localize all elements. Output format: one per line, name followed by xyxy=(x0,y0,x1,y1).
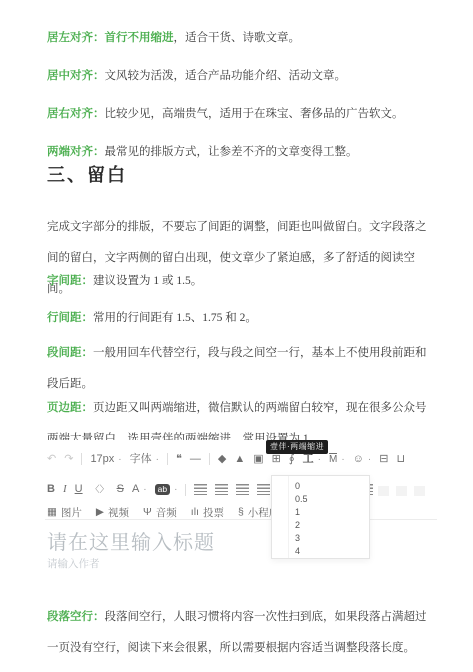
toolbar-divider xyxy=(209,453,210,465)
bold-button[interactable]: B xyxy=(47,484,55,495)
term-align-center: 居中对齐：文风较为活泼，适合产品功能介绍、活动文章。 xyxy=(47,69,435,84)
chevron-down-icon: · xyxy=(341,454,344,465)
article-page: 居左对齐：首行不用缩进，适合干货、诗歌文章。 居中对齐：文风较为活泼，适合产品功… xyxy=(0,0,473,672)
term-text: 比较少见，高端贵气，适用于在珠宝、奢侈品的广告软文。 xyxy=(105,108,404,120)
editor-screenshot: ↶ ↷ 17px · 字体 · ❝ — ◆ ▲ ▣ ⊞ ∮ 工 · M · ☺ … xyxy=(0,440,473,592)
term-align-right: 居右对齐：比较少见，高端贵气，适用于在珠宝、奢侈品的广告软文。 xyxy=(47,107,435,122)
insert-image-button[interactable]: ▦图片 xyxy=(47,505,82,520)
microphone-icon: Ψ xyxy=(143,507,152,518)
intro-paragraph: 完成文字部分的排版，不要忘了间距的调整，间距也叫做留白。文字段落之间的留白，文字… xyxy=(47,212,435,305)
archive-icon[interactable]: ⊔ xyxy=(396,454,405,465)
underline-button[interactable]: U xyxy=(75,484,83,495)
author-input[interactable]: 请输入作者 xyxy=(47,556,100,571)
export-icon[interactable]: ⊟ xyxy=(379,454,388,465)
insert-video-button[interactable]: ▶视频 xyxy=(96,505,129,520)
term-label: 字间距： xyxy=(47,275,93,287)
editor-toolbar-row-format: ↶ ↷ 17px · 字体 · ❝ — ◆ ▲ ▣ ⊞ ∮ 工 · M · ☺ … xyxy=(47,453,405,465)
align-center-icon[interactable] xyxy=(236,484,249,495)
blockquote-icon[interactable]: ❝ xyxy=(176,454,182,465)
chevron-down-icon: · xyxy=(174,484,177,495)
insert-label: 视频 xyxy=(108,505,129,520)
line-height-icon[interactable]: M xyxy=(329,453,337,465)
term-label: 居右对齐： xyxy=(47,108,105,120)
faded-icon xyxy=(378,486,389,496)
image-icon: ▦ xyxy=(47,507,57,518)
toolbar-divider xyxy=(185,484,186,496)
term-text: 最常见的排版方式，让参差不齐的文章变得工整。 xyxy=(105,146,358,158)
term-text: 段落间空行，人眼习惯将内容一次性扫到底，如果段落占满超过一页没有空行，阅读下来会… xyxy=(47,611,427,654)
highlight-color-button[interactable]: ab xyxy=(155,484,170,495)
chevron-down-icon: · xyxy=(143,484,146,495)
faded-toolbar-icons xyxy=(378,486,425,496)
dropdown-option[interactable]: 4 xyxy=(272,545,369,558)
term-text: ，适合干货、诗歌文章。 xyxy=(174,32,301,44)
two-end-indent-icon[interactable]: 工 xyxy=(303,454,314,465)
table-icon[interactable]: ⊞ xyxy=(272,454,281,465)
align-left-icon[interactable] xyxy=(215,484,228,495)
redo-icon[interactable]: ↷ xyxy=(64,454,73,465)
term-text: 常用的行间距有 1.5、1.75 和 2。 xyxy=(93,312,257,324)
card-insert-icon[interactable]: ▣ xyxy=(253,454,263,465)
title-input[interactable]: 请在这里输入标题 xyxy=(47,526,215,555)
format-paint-icon[interactable]: ▲ xyxy=(234,454,245,465)
font-family-select[interactable]: 字体 xyxy=(130,454,152,465)
dropdown-option[interactable]: 1 xyxy=(272,506,369,519)
toolbar-bottom-divider xyxy=(45,519,437,520)
insert-label: 音频 xyxy=(156,505,177,520)
link-icon[interactable]: ∮ xyxy=(289,454,295,465)
term-justify: 两端对齐：最常见的排版方式，让参差不齐的文章变得工整。 xyxy=(47,145,435,160)
dropdown-option[interactable]: 3 xyxy=(272,532,369,545)
faded-icon xyxy=(396,486,407,496)
term-label: 段间距： xyxy=(47,347,93,359)
term-text: 一般用回车代替空行，段与段之间空一行，基本上不使用段前距和段后距。 xyxy=(47,347,427,390)
faded-icon xyxy=(414,486,425,496)
insert-audio-button[interactable]: Ψ音频 xyxy=(143,505,177,520)
term-letter-spacing: 字间距：建议设置为 1 或 1.5。 xyxy=(47,274,435,289)
term-label: 居中对齐： xyxy=(47,70,105,82)
font-color-button[interactable]: A xyxy=(132,484,139,495)
chevron-down-icon: · xyxy=(368,454,371,465)
toolbar-divider xyxy=(81,453,82,465)
format-clear-icon[interactable]: ◆ xyxy=(218,454,226,465)
term-align-left: 居左对齐：首行不用缩进，适合干货、诗歌文章。 xyxy=(47,31,435,46)
emoji-icon[interactable]: ☺ xyxy=(353,454,364,465)
term-text: 文风较为活泼，适合产品功能介绍、活动文章。 xyxy=(105,70,347,82)
term-label: 两端对齐： xyxy=(47,146,105,158)
insert-label: 图片 xyxy=(61,505,82,520)
section-heading: 三、留白 xyxy=(47,161,127,187)
code-button[interactable]: 〈〉 xyxy=(91,485,109,494)
insert-poll-button[interactable]: ılı投票 xyxy=(191,505,224,520)
toolbar-divider xyxy=(167,453,168,465)
bullet-list-icon[interactable] xyxy=(194,484,207,495)
horizontal-rule-icon[interactable]: — xyxy=(190,454,201,465)
term-paragraph-spacing: 段间距：一般用回车代替空行，段与段之间空一行，基本上不使用段前距和段后距。 xyxy=(47,338,435,400)
bar-chart-icon: ılı xyxy=(191,507,199,518)
video-icon: ▶ xyxy=(96,507,104,518)
insert-label: 投票 xyxy=(203,505,224,520)
dropdown-gutter-line xyxy=(288,476,289,558)
italic-button[interactable]: I xyxy=(63,484,67,495)
term-label: 页边距： xyxy=(47,402,93,414)
chevron-down-icon: · xyxy=(118,454,121,465)
term-line-spacing: 行间距：常用的行间距有 1.5、1.75 和 2。 xyxy=(47,311,435,326)
chevron-down-icon: · xyxy=(318,454,321,465)
dropdown-option[interactable]: 0 xyxy=(272,480,369,493)
term-highlight: 首行不用缩进 xyxy=(105,32,174,44)
strikethrough-button[interactable]: S xyxy=(117,484,124,495)
font-size-select[interactable]: 17px xyxy=(90,454,114,465)
align-right-icon[interactable] xyxy=(257,484,270,495)
undo-icon[interactable]: ↶ xyxy=(47,454,56,465)
dropdown-option[interactable]: 0.5 xyxy=(272,493,369,506)
term-label: 行间距： xyxy=(47,312,93,324)
term-label: 居左对齐： xyxy=(47,32,105,44)
term-text: 页边距又叫两端缩进，微信默认的两端留白较窄，现在很多公众号两端大量留白，选用壹伴… xyxy=(47,402,427,445)
indent-value-dropdown: 0 0.5 1 2 3 4 xyxy=(271,475,370,559)
term-blank-line: 段落空行：段落间空行，人眼习惯将内容一次性扫到底，如果段落占满超过一页没有空行，… xyxy=(47,602,435,664)
chevron-down-icon: · xyxy=(156,454,159,465)
indent-tooltip: 壹伴·两端缩进 xyxy=(266,440,328,454)
term-text: 建议设置为 1 或 1.5。 xyxy=(93,275,202,287)
term-label: 段落空行： xyxy=(47,611,105,623)
dropdown-option[interactable]: 2 xyxy=(272,519,369,532)
miniprogram-icon: § xyxy=(238,507,244,518)
